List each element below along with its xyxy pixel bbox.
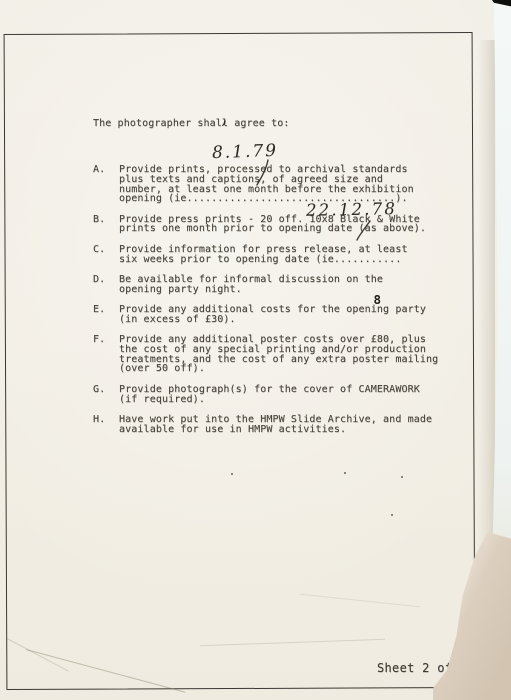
- intro-line: The photographer shall agree to:: [93, 119, 443, 129]
- item-letter: G.: [93, 385, 119, 405]
- ink-speck: [231, 473, 233, 475]
- agreement-item-e: E.Provide any additional costs for the o…: [93, 305, 443, 325]
- pen-stroke-tail-a: [256, 158, 270, 188]
- item-text: Have work put into the HMPW Slide Archiv…: [119, 415, 432, 435]
- ink-speck: [391, 514, 393, 516]
- item-letter: A.: [93, 165, 119, 204]
- pen-stroke-tail-c: [356, 219, 372, 243]
- item-letter: C.: [93, 245, 119, 265]
- item-letter: F.: [93, 335, 119, 374]
- agreement-item-h: H.Have work put into the HMPW Slide Arch…: [93, 415, 443, 435]
- agreement-item-f: F.Provide any additional poster costs ov…: [93, 335, 443, 374]
- item-text: Provide information for press release, a…: [119, 245, 408, 265]
- item-text: Be available for informal discussion on …: [119, 275, 383, 295]
- paper-sheet: The photographer shall agree to: A.Provi…: [0, 0, 499, 700]
- agreement-item-d: D.Be available for informal discussion o…: [93, 275, 443, 295]
- item-letter: B.: [93, 215, 119, 235]
- agreement-item-c: C.Provide information for press release,…: [93, 245, 443, 265]
- handwritten-date-c: 22.12.78: [306, 199, 397, 220]
- ink-speck: [401, 476, 403, 478]
- item-letter: D.: [93, 275, 119, 295]
- scan-corner-mark: [492, 0, 511, 8]
- page-edge-shading: [478, 40, 495, 615]
- item-text: Provide any additional poster costs over…: [119, 335, 438, 374]
- scanned-document: The photographer shall agree to: A.Provi…: [0, 0, 511, 700]
- item-text: Provide photograph(s) for the cover of C…: [119, 385, 420, 405]
- agreement-item-g: G.Provide photograph(s) for the cover of…: [93, 385, 443, 405]
- item-letter: H.: [93, 415, 119, 435]
- item-text: Provide any additional costs for the ope…: [119, 305, 426, 325]
- handwritten-eight-overlay: 8: [374, 292, 382, 307]
- item-letter: E.: [93, 305, 119, 325]
- ink-speck: [344, 472, 346, 474]
